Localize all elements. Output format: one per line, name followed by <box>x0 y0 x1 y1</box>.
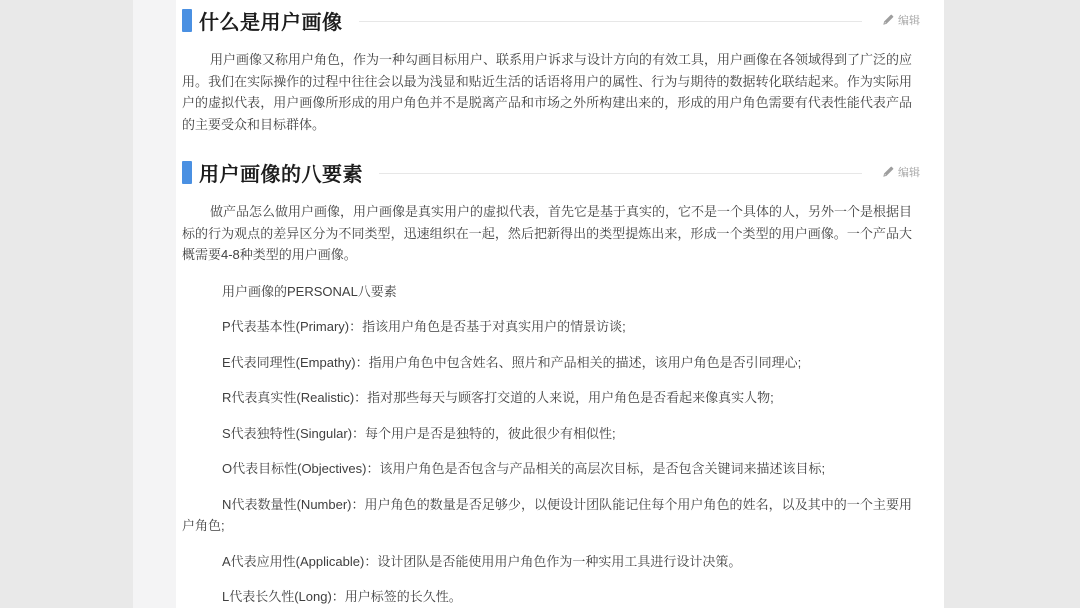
section-divider-rule <box>379 173 862 174</box>
persona-elements-list: 用户画像的PERSONAL八要素 P代表基本性(Primary)：指该用户角色是… <box>182 281 920 608</box>
section-heading-row: 用户画像的八要素 编辑 <box>182 158 920 186</box>
edit-pencil-icon <box>882 14 894 26</box>
persona-item-singular: S代表独特性(Singular)：每个用户是否是独特的，彼此很少有相似性; <box>182 423 912 445</box>
section-divider-rule <box>359 21 863 22</box>
section-paragraph: 用户画像又称用户角色，作为一种勾画目标用户、联系用户诉求与设计方向的有效工具，用… <box>182 49 912 135</box>
persona-list-intro: 用户画像的PERSONAL八要素 <box>182 281 912 303</box>
edit-label: 编辑 <box>898 164 920 180</box>
section-paragraph: 做产品怎么做用户画像，用户画像是真实用户的虚拟代表，首先它是基于真实的，它不是一… <box>182 201 912 266</box>
edit-label: 编辑 <box>898 12 920 28</box>
edit-pencil-icon <box>882 166 894 178</box>
edit-button[interactable]: 编辑 <box>882 12 920 28</box>
section-title: 什么是用户画像 <box>199 6 343 35</box>
section-accent-bar <box>182 9 192 32</box>
edit-button[interactable]: 编辑 <box>882 164 920 180</box>
page-background: 什么是用户画像 编辑 用户画像又称用户角色，作为一种勾画目标用户、联系用户诉求与… <box>0 0 1080 608</box>
section-eight-elements: 用户画像的八要素 编辑 做产品怎么做用户画像，用户画像是真实用户的虚拟代表，首先… <box>182 158 920 608</box>
section-what-is-user-persona: 什么是用户画像 编辑 用户画像又称用户角色，作为一种勾画目标用户、联系用户诉求与… <box>182 6 920 135</box>
section-accent-bar <box>182 161 192 184</box>
article-page: 什么是用户画像 编辑 用户画像又称用户角色，作为一种勾画目标用户、联系用户诉求与… <box>176 0 944 608</box>
left-gutter-strip <box>133 0 176 608</box>
persona-item-long: L代表长久性(Long)：用户标签的长久性。 <box>182 586 912 608</box>
persona-item-realistic: R代表真实性(Realistic)：指对那些每天与顾客打交道的人来说，用户角色是… <box>182 387 912 409</box>
section-title: 用户画像的八要素 <box>199 158 363 187</box>
persona-item-empathy: E代表同理性(Empathy)：指用户角色中包含姓名、照片和产品相关的描述，该用… <box>182 352 912 374</box>
section-heading-row: 什么是用户画像 编辑 <box>182 6 920 34</box>
persona-item-number: N代表数量性(Number)：用户角色的数量是否足够少，以便设计团队能记住每个用… <box>182 494 912 537</box>
persona-item-primary: P代表基本性(Primary)：指该用户角色是否基于对真实用户的情景访谈; <box>182 316 912 338</box>
persona-item-applicable: A代表应用性(Applicable)：设计团队是否能使用用户角色作为一种实用工具… <box>182 551 912 573</box>
persona-item-objectives: O代表目标性(Objectives)：该用户角色是否包含与产品相关的高层次目标，… <box>182 458 912 480</box>
